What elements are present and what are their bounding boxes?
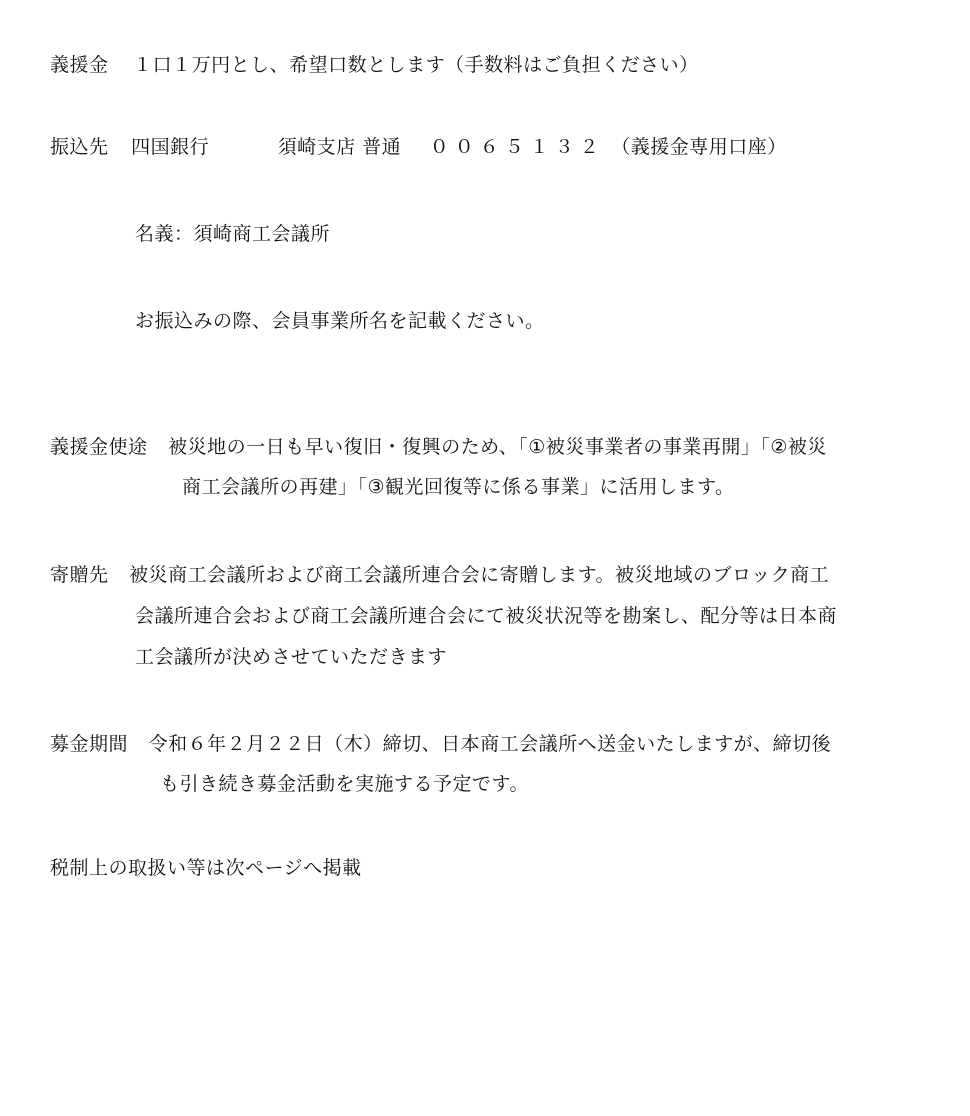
usage-line2: 商工会議所の再建」「③観光回復等に係る事業」に活用します。	[182, 474, 735, 500]
recipient-label: 寄贈先	[50, 562, 109, 588]
transfer-branch: 須崎支店 普通	[278, 134, 402, 160]
usage-label: 義援金使途	[50, 434, 148, 460]
tax-note: 税制上の取扱い等は次ページへ掲載	[50, 855, 362, 881]
recipient-line1: 被災商工会議所および商工会議所連合会に寄贈します。被災地域のブロック商工	[129, 562, 829, 588]
recipient-line2: 会議所連合会および商工会議所連合会にて被災状況等を勘案し、配分等は日本商	[135, 603, 837, 629]
recipient-line3: 工会議所が決めさせていただきます	[135, 644, 447, 670]
period-label: 募金期間	[50, 731, 128, 757]
usage-line1: 被災地の一日も早い復旧・復興のため、「①被災事業者の事業再開」「②被災	[168, 434, 827, 460]
transfer-label: 振込先	[50, 134, 109, 160]
donation-row: 義援金 １口１万円とし、希望口数とします（手数料はご負担ください）	[50, 52, 699, 78]
transfer-holder: 名義：須崎商工会議所	[135, 221, 330, 247]
donation-text: １口１万円とし、希望口数とします（手数料はご負担ください）	[133, 52, 699, 78]
period-line2: も引き続き募金活動を実施する予定です。	[160, 771, 529, 797]
donation-label: 義援金	[50, 52, 109, 78]
usage-row: 義援金使途 被災地の一日も早い復旧・復興のため、「①被災事業者の事業再開」「②被…	[50, 434, 827, 460]
period-row: 募金期間 令和６年２月２２日（木）締切、日本商工会議所へ送金いたしますが、締切後	[50, 731, 831, 757]
transfer-note: お振込みの際、会員事業所名を記載ください。	[135, 308, 545, 334]
transfer-row: 振込先 四国銀行 須崎支店 普通 ００６５１３２ （義援金専用口座）	[50, 134, 787, 160]
transfer-bank: 四国銀行	[131, 134, 209, 160]
period-line1: 令和６年２月２２日（木）締切、日本商工会議所へ送金いたしますが、締切後	[149, 731, 832, 757]
transfer-account-note: （義援金専用口座）	[611, 134, 787, 160]
recipient-row: 寄贈先 被災商工会議所および商工会議所連合会に寄贈します。被災地域のブロック商工	[50, 562, 829, 588]
transfer-account-number: ００６５１３２	[430, 134, 605, 160]
